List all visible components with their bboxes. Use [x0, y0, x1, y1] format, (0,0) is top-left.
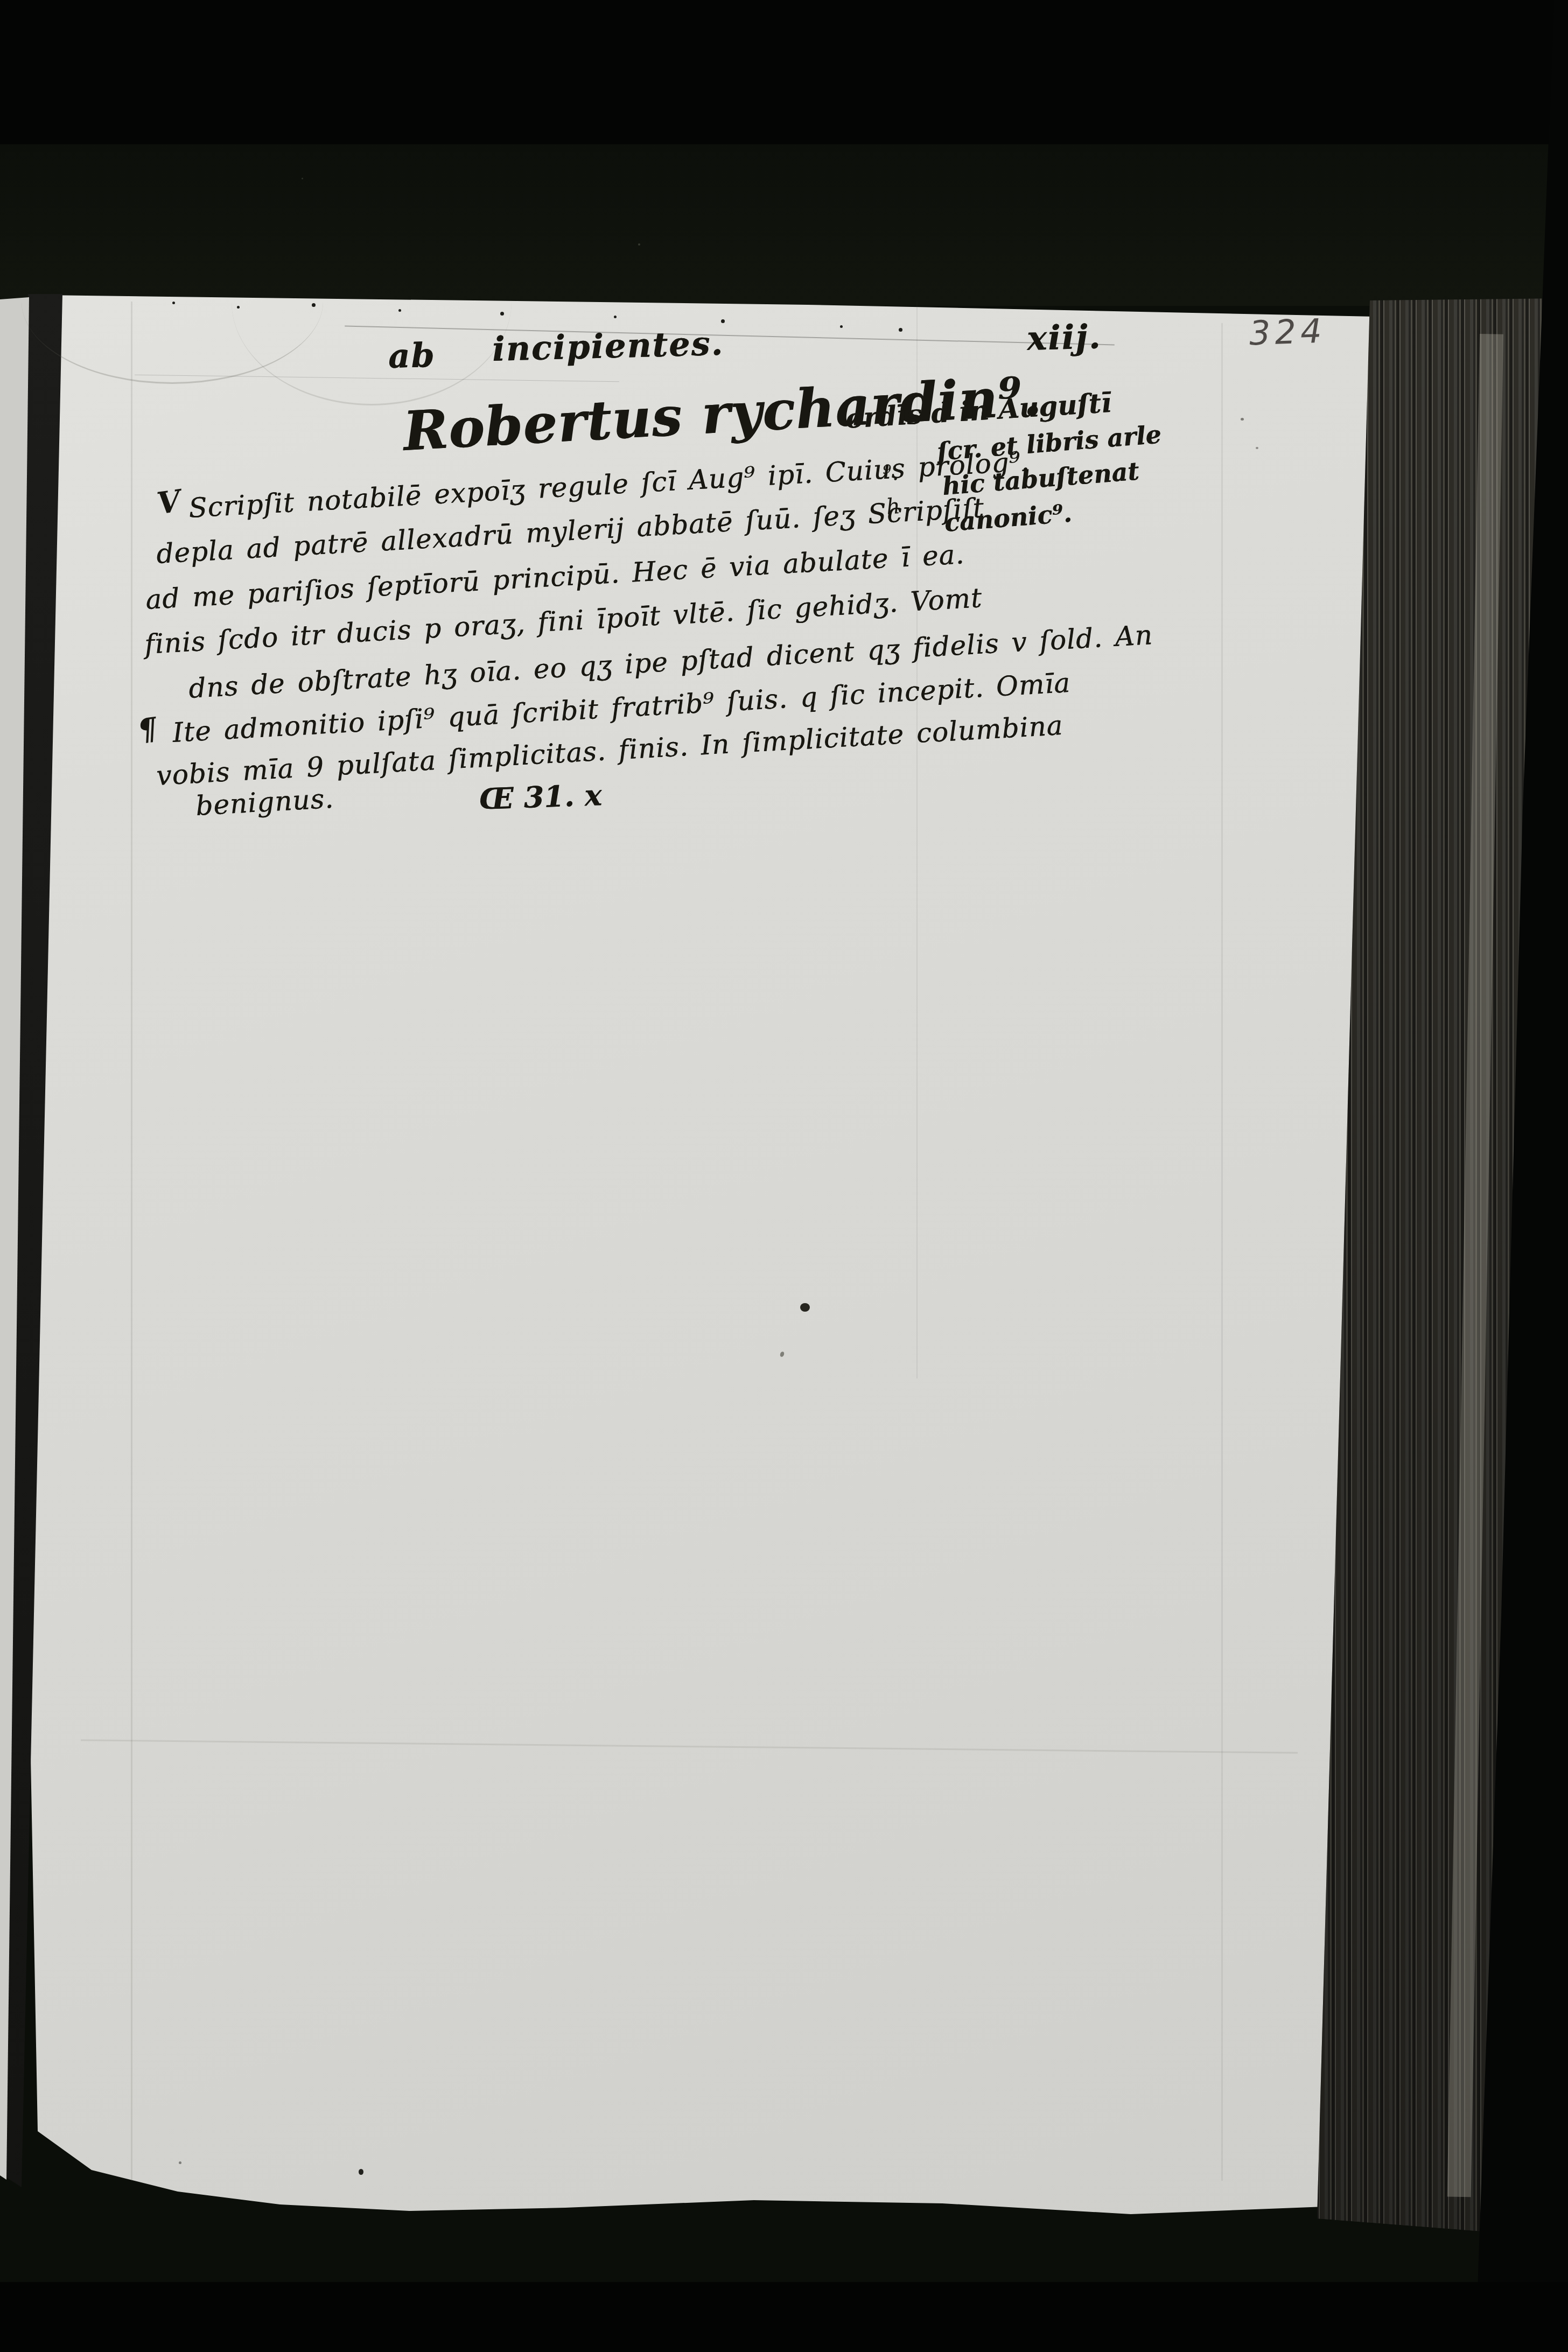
backdrop-top-black — [0, 0, 1568, 144]
running-header-word-incipientes: incipientes. — [492, 324, 724, 369]
running-header-leaf-numeral: xiij. — [1026, 317, 1102, 358]
pencil-speck — [1256, 447, 1258, 449]
backdrop-upper-dark-band — [0, 144, 1568, 306]
paraph-mark: V — [155, 483, 183, 521]
ruling-line-vertical — [1221, 323, 1223, 2181]
top-edge-ink-specks — [172, 302, 175, 304]
shelfmark-reference: Œ 31. x — [479, 778, 603, 816]
folio-number-pencil: 324 — [1249, 311, 1327, 353]
pencil-speck — [1241, 418, 1244, 421]
ruling-line-vertical — [131, 302, 132, 2181]
dust-speck — [638, 243, 640, 246]
ink-speck — [179, 2161, 181, 2164]
manuscript-photo: ab incipientes. xiij. 324 Robertus rycha… — [0, 0, 1568, 2352]
ink-blot — [800, 1303, 810, 1312]
running-header-word-ab: ab — [388, 335, 436, 376]
backdrop-bottom-black — [0, 2282, 1568, 2352]
dust-speck — [302, 178, 303, 179]
ink-speck — [359, 2169, 363, 2175]
